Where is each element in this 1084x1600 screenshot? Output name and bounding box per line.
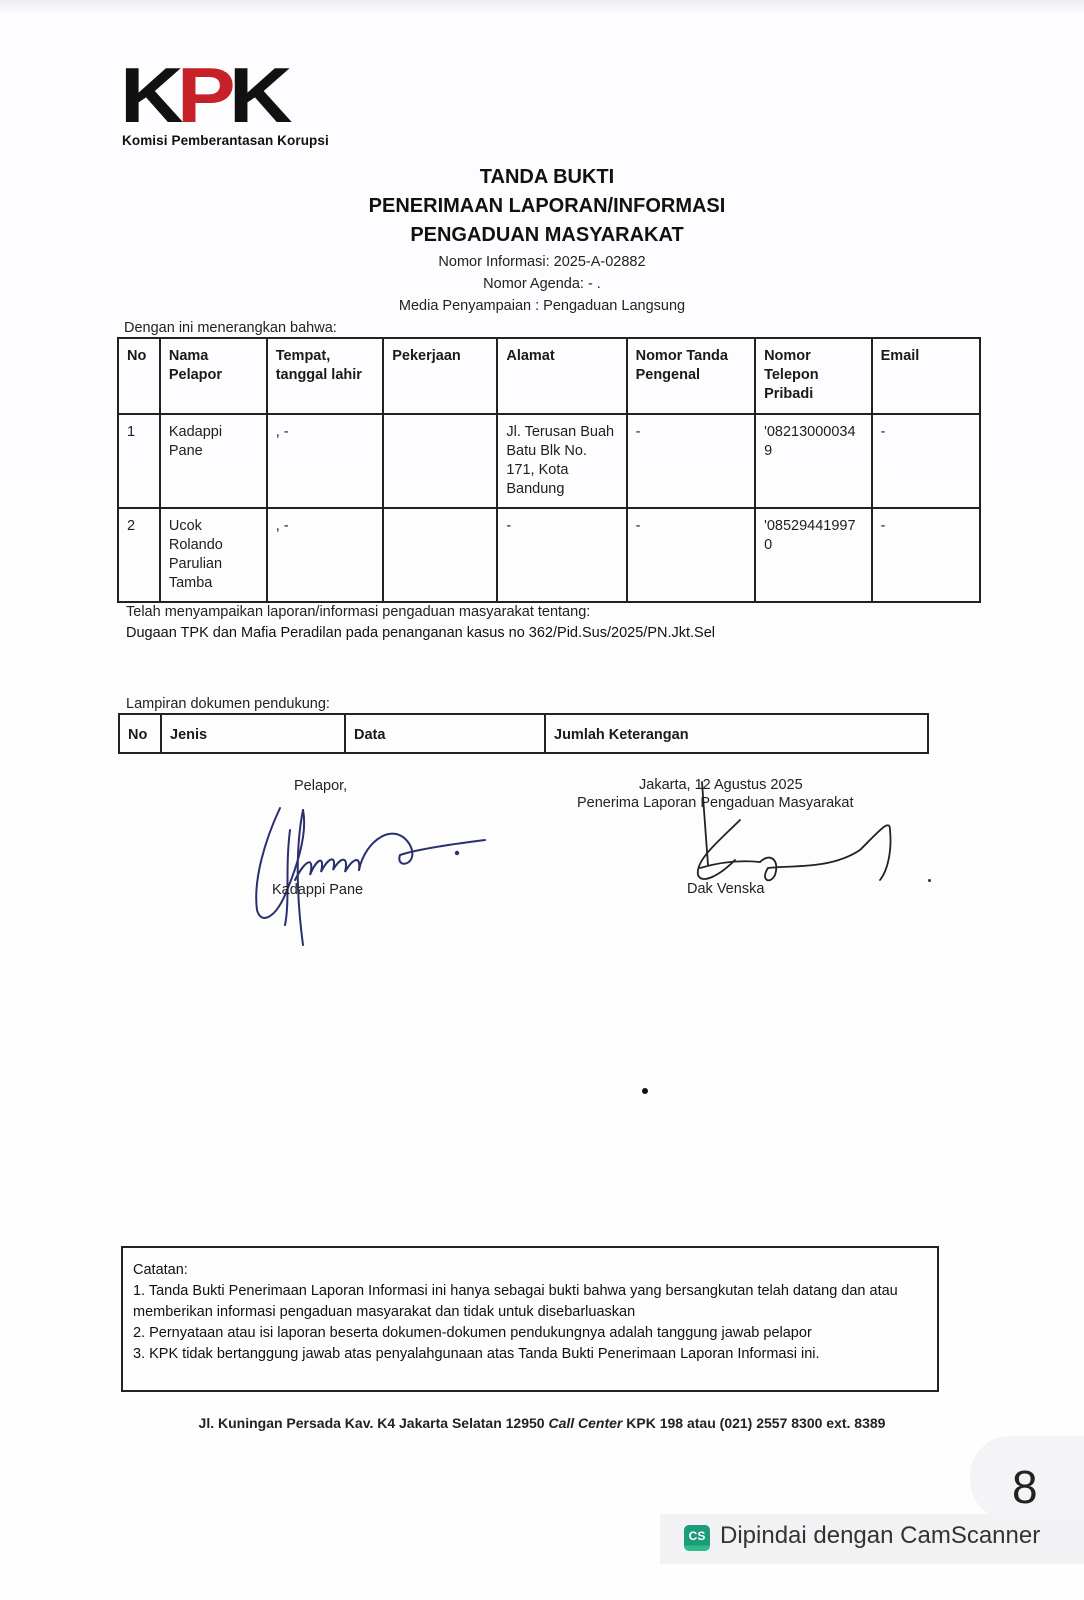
cell-email: - bbox=[872, 508, 980, 602]
page-number: 8 bbox=[1012, 1460, 1038, 1514]
footer-call-center: Call Center bbox=[548, 1415, 622, 1431]
cell-telepon: '082130000349 bbox=[755, 414, 872, 508]
notes-box: Catatan: 1. Tanda Bukti Penerimaan Lapor… bbox=[121, 1246, 939, 1392]
footer-address: Jl. Kuningan Persada Kav. K4 Jakarta Sel… bbox=[199, 1415, 549, 1431]
table-row: 2 Ucok Rolando Parulian Tamba , - - - '0… bbox=[118, 508, 980, 602]
col-tempat-tanggal-lahir: Tempat, tanggal lahir bbox=[267, 338, 384, 414]
camscanner-icon: CS bbox=[684, 1525, 710, 1551]
col-nomor-telepon: Nomor Telepon Pribadi bbox=[755, 338, 872, 414]
cell-ttl: , - bbox=[267, 414, 384, 508]
note-item: 3. KPK tidak bertanggung jawab atas peny… bbox=[133, 1344, 929, 1365]
cell-no: 2 bbox=[118, 508, 160, 602]
col-pekerjaan: Pekerjaan bbox=[383, 338, 497, 414]
att-col-no: No bbox=[119, 714, 161, 753]
att-col-jumlah-keterangan: Jumlah Keterangan bbox=[545, 714, 928, 753]
table-row: 1 Kadappi Pane , - Jl. Terusan Buah Batu… bbox=[118, 414, 980, 508]
reporter-signature bbox=[245, 800, 495, 950]
attachments-header-row: No Jenis Data Jumlah Keterangan bbox=[119, 714, 928, 753]
col-nomor-tanda-pengenal: Nomor Tanda Pengenal bbox=[627, 338, 755, 414]
cell-ttl: , - bbox=[267, 508, 384, 602]
note-item: 2. Pernyataan atau isi laporan beserta d… bbox=[133, 1323, 929, 1344]
reporter-name: Kadappi Pane bbox=[272, 882, 363, 898]
attachments-label: Lampiran dokumen pendukung: bbox=[126, 696, 330, 712]
col-email: Email bbox=[872, 338, 980, 414]
cell-pekerjaan bbox=[383, 508, 497, 602]
cell-nama: Kadappi Pane bbox=[160, 414, 267, 508]
logo-letter-k: K bbox=[120, 51, 177, 139]
media-penyampaian: Media Penyampaian : Pengaduan Langsung bbox=[0, 298, 1084, 314]
receiver-label: Penerima Laporan Pengaduan Masyarakat bbox=[577, 795, 853, 811]
cell-alamat: - bbox=[497, 508, 626, 602]
nomor-informasi: Nomor Informasi: 2025-A-02882 bbox=[0, 254, 1084, 270]
cell-id: - bbox=[627, 414, 755, 508]
nomor-agenda: Nomor Agenda: - . bbox=[0, 276, 1084, 292]
document-title-line1: TANDA BUKTI bbox=[0, 166, 1084, 189]
cell-telepon: '085294419970 bbox=[755, 508, 872, 602]
col-alamat: Alamat bbox=[497, 338, 626, 414]
document-title-line2: PENERIMAAN LAPORAN/INFORMASI bbox=[0, 195, 1084, 218]
logo-subtitle: Komisi Pemberantasan Korupsi bbox=[122, 133, 329, 148]
ink-speck bbox=[928, 879, 931, 882]
att-col-jenis: Jenis bbox=[161, 714, 345, 753]
col-no: No bbox=[118, 338, 160, 414]
cell-alamat: Jl. Terusan Buah Batu Blk No. 171, Kota … bbox=[497, 414, 626, 508]
attachments-table: No Jenis Data Jumlah Keterangan bbox=[118, 713, 929, 754]
cell-no: 1 bbox=[118, 414, 160, 508]
table-header-row: No Nama Pelapor Tempat, tanggal lahir Pe… bbox=[118, 338, 980, 414]
footer-phone: KPK 198 atau (021) 2557 8300 ext. 8389 bbox=[622, 1415, 885, 1431]
reporters-table: No Nama Pelapor Tempat, tanggal lahir Pe… bbox=[117, 337, 981, 603]
logo-letter-p: P bbox=[177, 51, 229, 139]
cell-nama: Ucok Rolando Parulian Tamba bbox=[160, 508, 267, 602]
camscanner-text: Dipindai dengan CamScanner bbox=[720, 1522, 1040, 1550]
document-title-line3: PENGADUAN MASYARAKAT bbox=[0, 224, 1084, 247]
place-date: Jakarta, 12 Agustus 2025 bbox=[639, 777, 803, 793]
cell-pekerjaan bbox=[383, 414, 497, 508]
intro-text: Dengan ini menerangkan bahwa: bbox=[124, 320, 337, 336]
cell-id: - bbox=[627, 508, 755, 602]
note-item: memberikan informasi pengaduan masyaraka… bbox=[133, 1302, 929, 1323]
note-item: 1. Tanda Bukti Penerimaan Laporan Inform… bbox=[133, 1281, 929, 1302]
reporter-label: Pelapor, bbox=[294, 778, 347, 794]
ink-dot bbox=[642, 1088, 648, 1094]
footer-contact: Jl. Kuningan Persada Kav. K4 Jakarta Sel… bbox=[0, 1415, 1084, 1431]
notes-heading: Catatan: bbox=[133, 1260, 929, 1281]
col-nama-pelapor: Nama Pelapor bbox=[160, 338, 267, 414]
receiver-name: Dak Venska bbox=[687, 881, 764, 897]
cell-email: - bbox=[872, 414, 980, 508]
kpk-logo: KPK bbox=[120, 62, 286, 128]
logo-letter-k2: K bbox=[229, 51, 286, 139]
report-subject: Dugaan TPK dan Mafia Peradilan pada pena… bbox=[126, 625, 715, 641]
scanned-document-page: KPK Komisi Pemberantasan Korupsi TANDA B… bbox=[0, 0, 1084, 1600]
att-col-data: Data bbox=[345, 714, 545, 753]
report-lead: Telah menyampaikan laporan/informasi pen… bbox=[126, 604, 590, 620]
